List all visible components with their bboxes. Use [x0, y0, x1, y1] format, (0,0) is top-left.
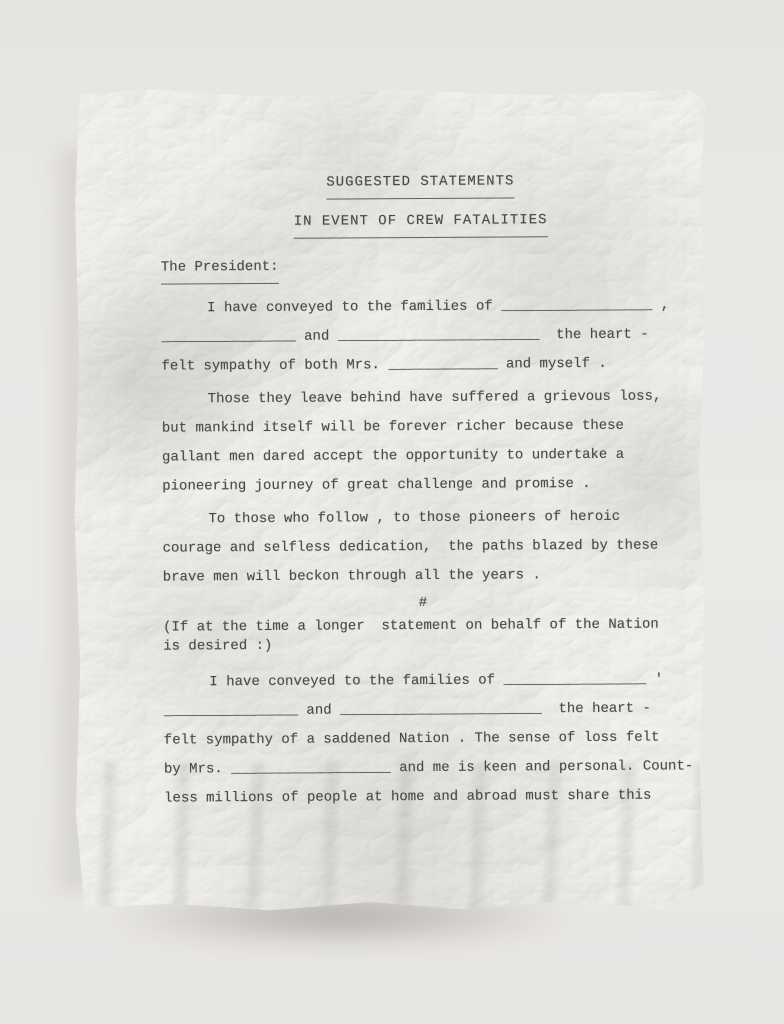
memo-subtitle: IN EVENT OF CREW FATALITIES — [294, 206, 548, 239]
paragraph-3: To those who follow , to those pioneers … — [162, 502, 683, 592]
text-line: is desired :) — [163, 634, 683, 656]
text-line: (If at the time a longer statement on be… — [163, 615, 683, 637]
text-line: felt sympathy of a saddened Nation . The… — [164, 723, 684, 755]
text-line: but mankind itself will be forever riche… — [162, 411, 682, 443]
text-line: gallant men dared accept the opportunity… — [162, 440, 682, 472]
salutation: The President: — [161, 253, 279, 285]
text-line: ________________ and ___________________… — [161, 320, 681, 352]
text-line: pioneering journey of great challenge an… — [162, 469, 682, 501]
text-line: less millions of people at home and abro… — [164, 781, 684, 813]
memo-title: SUGGESTED STATEMENTS — [326, 167, 514, 199]
parenthetical-note: (If at the time a longer statement on be… — [163, 615, 683, 656]
memo-title-row: SUGGESTED STATEMENTS — [160, 166, 680, 200]
text-line: ________________ and ___________________… — [164, 694, 684, 726]
text-line: brave men will beckon through all the ye… — [163, 560, 683, 592]
text-line: courage and selfless dedication, the pat… — [163, 531, 683, 563]
text-line: by Mrs. ___________________ and me is ke… — [164, 752, 684, 784]
paragraph-1: I have conveyed to the families of _____… — [161, 291, 682, 381]
artwork-background: SUGGESTED STATEMENTS IN EVENT OF CREW FA… — [0, 0, 784, 1024]
salutation-row: The President: — [161, 250, 681, 284]
paragraph-4: I have conveyed to the families of _____… — [163, 665, 684, 813]
memo-text: SUGGESTED STATEMENTS IN EVENT OF CREW FA… — [160, 86, 684, 813]
text-line: I have conveyed to the families of _____… — [163, 665, 683, 697]
paragraph-2: Those they leave behind have suffered a … — [162, 382, 683, 501]
crumpled-paper: SUGGESTED STATEMENTS IN EVENT OF CREW FA… — [72, 88, 708, 912]
text-line: felt sympathy of both Mrs. _____________… — [161, 349, 681, 381]
section-separator: # — [163, 589, 683, 616]
memo-subtitle-row: IN EVENT OF CREW FATALITIES — [161, 205, 681, 239]
text-line: Those they leave behind have suffered a … — [162, 382, 682, 414]
text-line: To those who follow , to those pioneers … — [162, 502, 682, 534]
text-line: I have conveyed to the families of _____… — [161, 291, 681, 323]
